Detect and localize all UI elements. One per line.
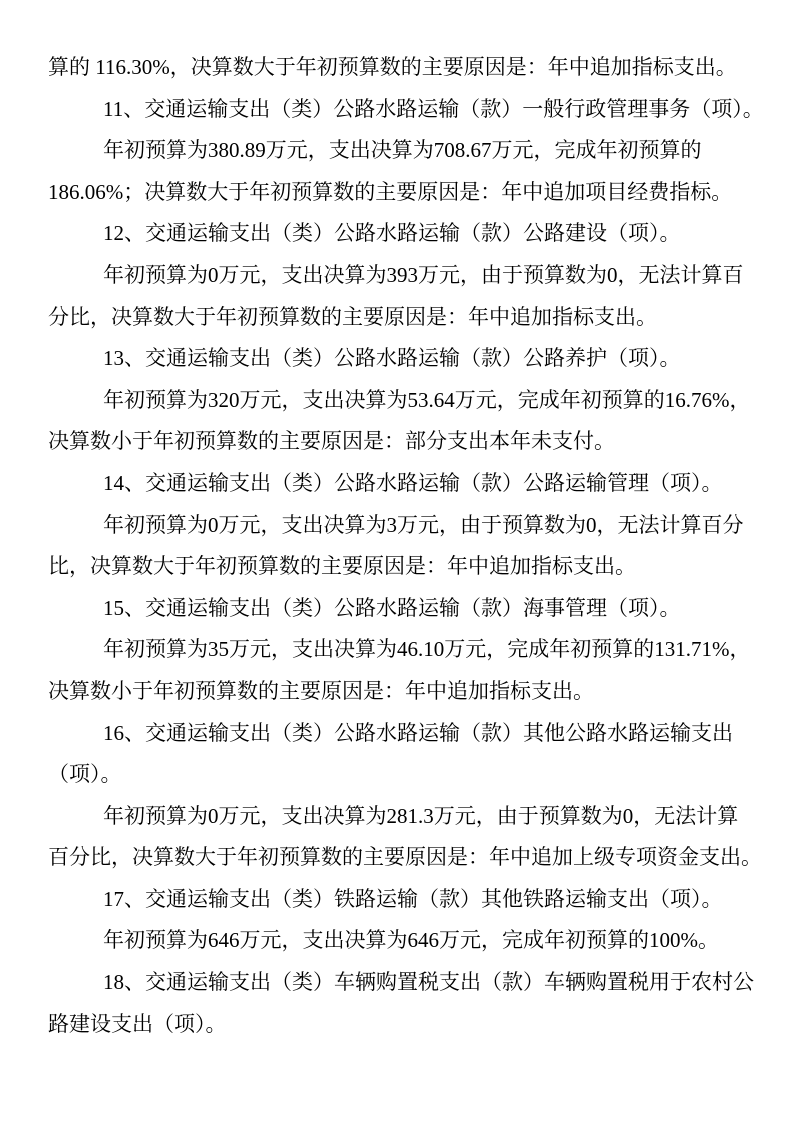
document-page: 算的 116.30%，决算数大于年初预算数的主要原因是：年中追加指标支出。11、… [0, 0, 793, 1122]
text-line: 年初预算为0万元，支出决算为393万元，由于预算数为0，无法计算百 [48, 255, 748, 297]
text-line: 决算数小于年初预算数的主要原因是：年中追加指标支出。 [48, 671, 748, 713]
document-body: 算的 116.30%，决算数大于年初预算数的主要原因是：年中追加指标支出。11、… [48, 47, 748, 1045]
text-line: 年初预算为320万元，支出决算为53.64万元，完成年初预算的16.76%， [48, 380, 748, 422]
text-line: 年初预算为0万元，支出决算为3万元，由于预算数为0，无法计算百分 [48, 505, 748, 547]
text-line: 年初预算为646万元，支出决算为646万元，完成年初预算的100%。 [48, 920, 748, 962]
text-line: 16、交通运输支出（类）公路水路运输（款）其他公路水路运输支出 [48, 713, 748, 755]
text-line: 路建设支出（项）。 [48, 1004, 748, 1046]
text-line: 13、交通运输支出（类）公路水路运输（款）公路养护（项）。 [48, 338, 748, 380]
text-line: 12、交通运输支出（类）公路水路运输（款）公路建设（项）。 [48, 213, 748, 255]
text-line: 14、交通运输支出（类）公路水路运输（款）公路运输管理（项）。 [48, 463, 748, 505]
text-line: 11、交通运输支出（类）公路水路运输（款）一般行政管理事务（项）。 [48, 89, 748, 131]
text-line: 17、交通运输支出（类）铁路运输（款）其他铁路运输支出（项）。 [48, 879, 748, 921]
text-line: 18、交通运输支出（类）车辆购置税支出（款）车辆购置税用于农村公 [48, 962, 748, 1004]
text-line: 比，决算数大于年初预算数的主要原因是：年中追加指标支出。 [48, 546, 748, 588]
text-line: 年初预算为380.89万元，支出决算为708.67万元，完成年初预算的 [48, 130, 748, 172]
text-line: 算的 116.30%，决算数大于年初预算数的主要原因是：年中追加指标支出。 [48, 47, 748, 89]
text-line: 年初预算为0万元，支出决算为281.3万元，由于预算数为0，无法计算 [48, 796, 748, 838]
text-line: 百分比，决算数大于年初预算数的主要原因是：年中追加上级专项资金支出。 [48, 837, 748, 879]
text-line: 年初预算为35万元，支出决算为46.10万元，完成年初预算的131.71%， [48, 629, 748, 671]
text-line: 186.06%；决算数大于年初预算数的主要原因是：年中追加项目经费指标。 [48, 172, 748, 214]
text-line: （项）。 [48, 754, 748, 796]
text-line: 分比，决算数大于年初预算数的主要原因是：年中追加指标支出。 [48, 297, 748, 339]
text-line: 决算数小于年初预算数的主要原因是：部分支出本年未支付。 [48, 421, 748, 463]
text-line: 15、交通运输支出（类）公路水路运输（款）海事管理（项）。 [48, 588, 748, 630]
